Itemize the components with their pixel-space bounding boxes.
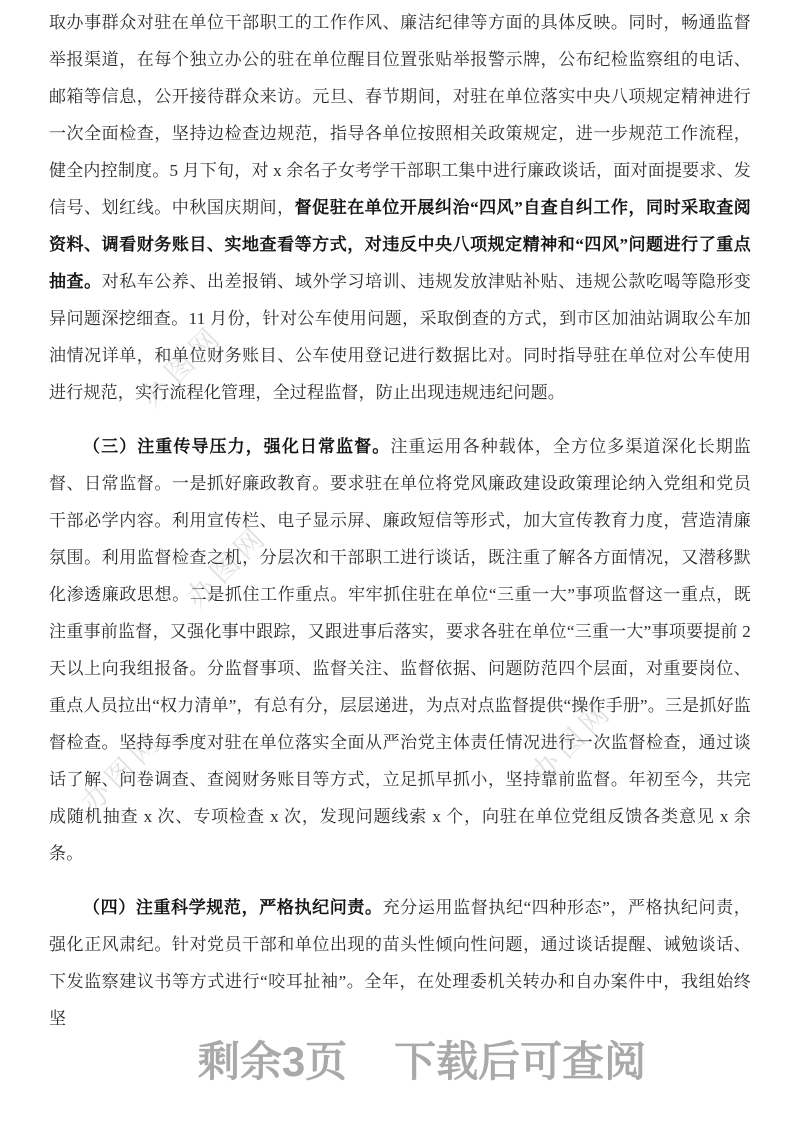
emphasis-text: （三）注重传导压力，强化日常监督。 [83, 437, 390, 456]
document-page: 办图网 办图网 办图网 办图网 取办事群众对驻在单位干部职工的工作作风、廉洁纪律… [0, 0, 800, 1143]
body-text: 注重运用各种载体，全方位多渠道深化长期监督、日常监督。一是抓好廉政教育。要求驻在… [49, 437, 751, 863]
body-text: 对私车公养、出差报销、域外学习培训、违规发放津贴补贴、违规公款吃喝等隐形变异问题… [49, 272, 751, 402]
document-body: 取办事群众对驻在单位干部职工的工作作风、廉洁纪律等方面的具体反映。同时，畅通监督… [49, 4, 751, 1037]
remaining-pages-banner: 剩余3页 下载后可查阅 [0, 1041, 800, 1083]
body-text: 取办事群众对驻在单位干部职工的工作作风、廉洁纪律等方面的具体反映。同时，畅通监督… [49, 13, 751, 217]
paragraph: 取办事群众对驻在单位干部职工的工作作风、廉洁纪律等方面的具体反映。同时，畅通监督… [49, 4, 751, 411]
remaining-pages-text: 剩余3页 [198, 1041, 347, 1083]
paragraph: （四）注重科学规范，严格执纪问责。充分运用监督执纪“四种形态”，严格执纪问责，强… [49, 889, 751, 1037]
body-text: 充分运用监督执纪“四种形态”，严格执纪问责，强化正风肃纪。针对党员干部和单位出现… [49, 898, 751, 1028]
download-hint-text: 下载后可查阅 [394, 1041, 646, 1083]
emphasis-text: （四）注重科学规范，严格执纪问责。 [83, 898, 383, 917]
paragraph: （三）注重传导压力，强化日常监督。注重运用各种载体，全方位多渠道深化长期监督、日… [49, 428, 751, 872]
